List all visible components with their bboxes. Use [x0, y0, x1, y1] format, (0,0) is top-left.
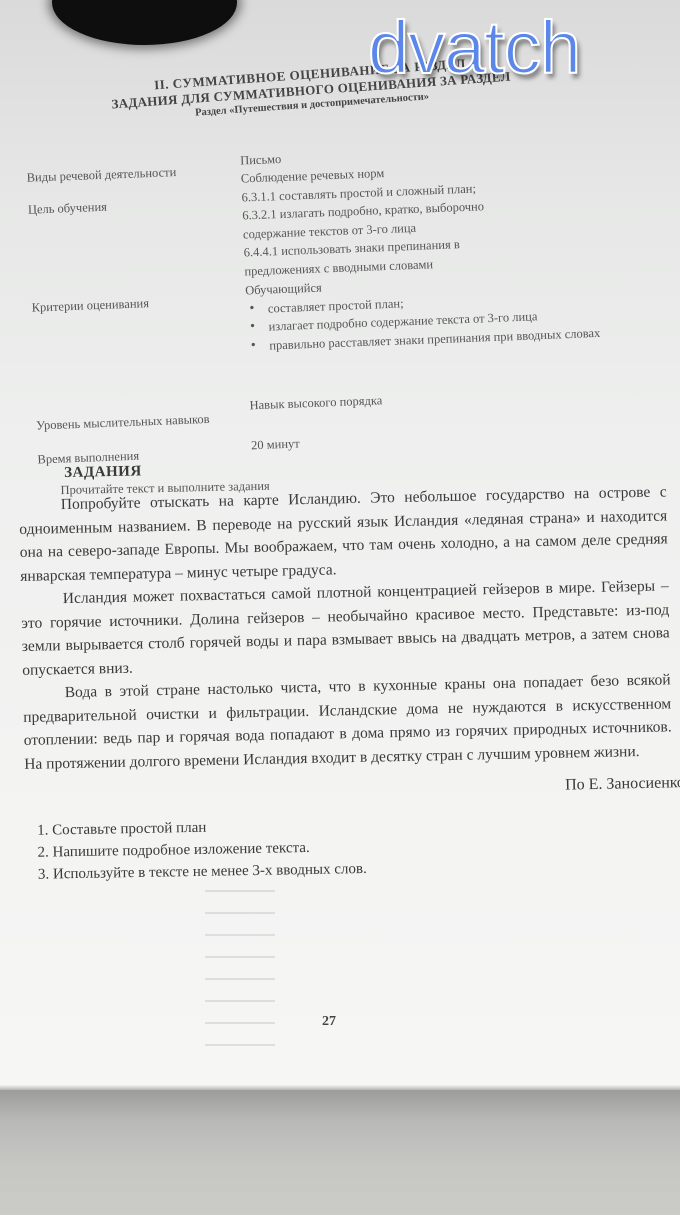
table-surface: [0, 1090, 680, 1215]
page-number: 27: [322, 1014, 336, 1030]
tasks-heading: ЗАДАНИЯ: [64, 463, 142, 482]
bullet-icon: •: [246, 299, 259, 318]
bullet-icon: •: [247, 336, 260, 355]
paragraph: Исландия может похвастаться самой плотно…: [21, 574, 671, 682]
task-list: Составьте простой план Напишите подробно…: [22, 811, 543, 886]
paragraph: Попробуйте отыскать на карте Исландию. Э…: [19, 480, 669, 588]
bullet-icon: •: [246, 318, 259, 337]
reading-text: Попробуйте отыскать на карте Исландию. Э…: [19, 480, 673, 776]
criteria-values: Обучающийся •составляет простой план; •и…: [245, 268, 608, 356]
bleed-through-marks: [205, 880, 275, 1060]
watermark-logo: dvatch: [368, 8, 580, 88]
goal-values: Соблюдение речевых норм 6.3.1.1 составля…: [241, 156, 605, 281]
paragraph: Вода в этой стране настолько чиста, что …: [23, 668, 673, 776]
author-attribution: По Е. Заносиенко: [565, 774, 680, 795]
